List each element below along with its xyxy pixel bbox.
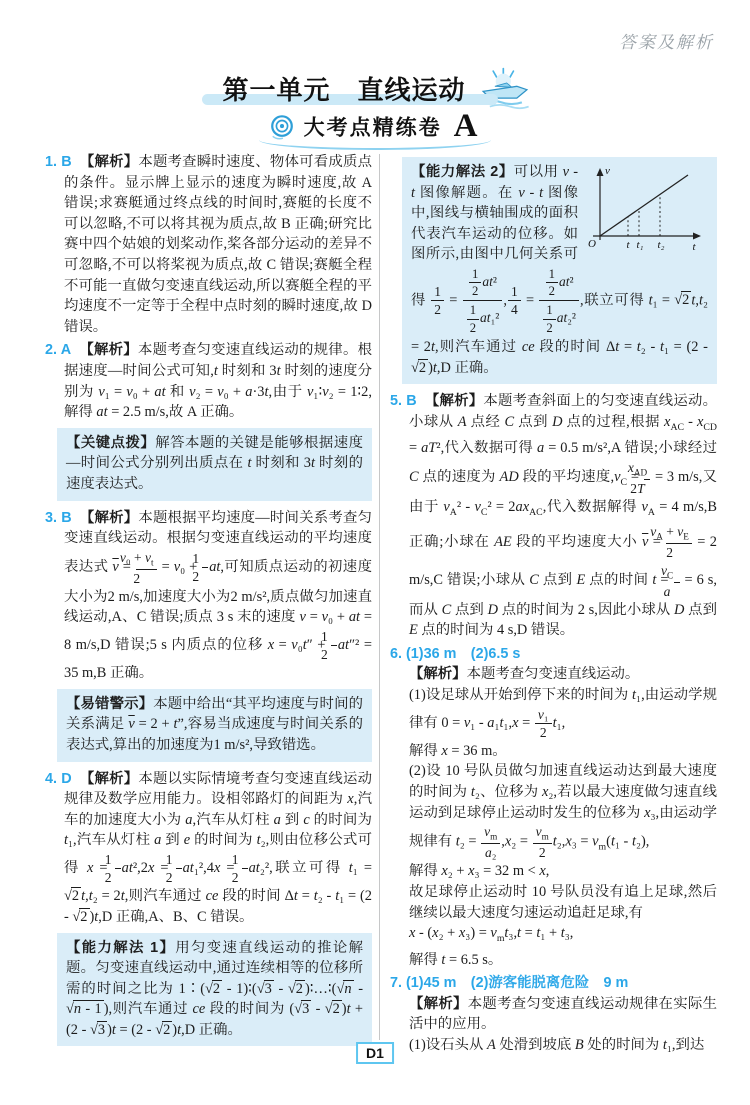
explanation-text: 【解析】本题考查匀变速直线运动的规律。根据速度—时间公式可知,t 时刻和 3t … (64, 342, 372, 420)
explanation-paragraph: 2. A【解析】本题考查匀变速直线运动的规律。根据速度—时间公式可知,t 时刻和… (64, 340, 372, 422)
explanation-text: 【解析】本题考查斜面上的匀变速直线运动。小球从 A 点经 C 点到 D 点的过程… (409, 393, 717, 638)
unit-title-row: 第一单元 直线运动 (0, 66, 750, 110)
graph-xlabel: t (692, 241, 696, 253)
answer-5: 5. B【解析】本题考查斜面上的匀变速直线运动。小球从 A 点经 C 点到 D … (390, 391, 717, 641)
explanation-text: 【解析】本题根据平均速度—时间关系考查匀变速直线运动。根据匀变速直线运动的平均速… (64, 510, 372, 682)
graph-ylabel: v (605, 165, 610, 177)
unit-title: 第一单元 直线运动 (218, 70, 469, 107)
explanation-paragraph: 4. D【解析】本题以实际情境考查匀变速直线运动规律及数学应用能力。设相邻路灯的… (64, 769, 372, 928)
answer-4: 4. D【解析】本题以实际情境考查匀变速直线运动规律及数学应用能力。设相邻路灯的… (45, 769, 372, 928)
explanation-text: 【解析】本题以实际情境考查匀变速直线运动规律及数学应用能力。设相邻路灯的间距为 … (64, 771, 372, 925)
explanation-paragraph: 解得 t = 6.5 s。 (409, 950, 717, 971)
explanation-paragraph: (2)设 10 号队员做匀加速直线运动达到最大速度的时间为 t₂、位移为 x₂,… (409, 761, 717, 861)
graph-tick-t1: t₁ (637, 239, 644, 251)
answer-3: 3. B【解析】本题根据平均速度—时间关系考查匀变速直线运动。根据匀变速直线运动… (45, 508, 372, 684)
graph-tick-t2: t₂ (658, 239, 665, 251)
corner-label: 答案及解析 (619, 28, 714, 53)
left-column: 1. B【解析】本题考查瞬时速度、物体可看成质点的条件。显示牌上显示的速度为瞬时… (45, 152, 372, 1059)
key-point-box: 【关键点拨】解答本题的关键是能够根据速度—时间公式分别列出质点在 t 时刻和 3… (57, 428, 372, 501)
explanation-paragraph: 5. B【解析】本题考查斜面上的匀变速直线运动。小球从 A 点经 C 点到 D … (409, 391, 717, 641)
answer-number: 7. (1)45 m (2)游客能脱离危险 9 m (390, 975, 628, 991)
answer-number: 3. B (45, 510, 72, 526)
ability-method-1-box: 【能力解法 1】用匀变速直线运动的推论解题。匀变速直线运动中,通过连续相等的位移… (57, 933, 372, 1047)
answer-1: 1. B【解析】本题考查瞬时速度、物体可看成质点的条件。显示牌上显示的速度为瞬时… (45, 152, 372, 337)
subtitle-underline-decoration (259, 140, 492, 150)
answer-line: 6. (1)36 m (2)6.5 s (409, 644, 717, 665)
note-paragraph: 【易错警示】本题中给出“其平均速度与时间的关系满足 v = 2 + t”,容易当… (66, 694, 363, 756)
right-column: vtOtt₁t₂【能力解法 2】可以用 v - t 图像解题。在 v - t 图… (390, 152, 717, 1059)
answer-number: 1. B (45, 154, 72, 170)
content-columns: 1. B【解析】本题考查瞬时速度、物体可看成质点的条件。显示牌上显示的速度为瞬时… (45, 152, 717, 1059)
answer-page: 答案及解析 第一单元 直线运动 (0, 0, 750, 1105)
v-t-graph: vtOtt₁t₂ (584, 162, 708, 260)
explanation-paragraph: 1. B【解析】本题考查瞬时速度、物体可看成质点的条件。显示牌上显示的速度为瞬时… (64, 152, 372, 337)
exam-subtitle-row: 大考点精练卷 A (0, 106, 750, 150)
unit-title-text: 第一单元 直线运动 (222, 75, 465, 105)
note-paragraph: 【能力解法 1】用匀变速直线运动的推论解题。匀变速直线运动中,通过连续相等的位移… (66, 938, 363, 1041)
exam-grade-letter: A (454, 108, 478, 144)
graph-tick-t: t (626, 239, 630, 251)
explanation-text: 【解析】本题考查瞬时速度、物体可看成质点的条件。显示牌上显示的速度为瞬时速度,故… (64, 154, 372, 335)
answer-line: 7. (1)45 m (2)游客能脱离危险 9 m (409, 973, 717, 994)
ability-method-2-box: vtOtt₁t₂【能力解法 2】可以用 v - t 图像解题。在 v - t 图… (402, 157, 717, 384)
explanation-paragraph: x - (x₂ + x₃) = vmt₃,t = t₁ + t₃, (409, 923, 717, 949)
page-number-badge: D1 (356, 1042, 394, 1064)
explanation-paragraph: 解得 x = 36 m。 (409, 741, 717, 762)
answer-number: 4. D (45, 771, 72, 787)
target-rings-icon (269, 114, 295, 140)
answer-7: 7. (1)45 m (2)游客能脱离危险 9 m【解析】本题考查匀变速直线运动… (390, 973, 717, 1055)
explanation-paragraph: 【解析】本题考查匀变速直线运动。 (409, 664, 717, 685)
explanation-paragraph: (1)设足球从开始到停下来的时间为 t₁,由运动学规律有 0 = v₁ - a₁… (409, 685, 717, 741)
explanation-paragraph: 3. B【解析】本题根据平均速度—时间关系考查匀变速直线运动。根据匀变速直线运动… (64, 508, 372, 684)
answer-number: 2. A (45, 342, 71, 358)
answer-number: 5. B (390, 393, 417, 409)
explanation-paragraph: 【解析】本题考查匀变速直线运动规律在实际生活中的应用。 (409, 994, 717, 1035)
graph-origin-label: O (588, 238, 596, 250)
answer-6: 6. (1)36 m (2)6.5 s【解析】本题考查匀变速直线运动。(1)设足… (390, 644, 717, 970)
answer-number: 6. (1)36 m (2)6.5 s (390, 646, 520, 662)
error-warning-box: 【易错警示】本题中给出“其平均速度与时间的关系满足 v = 2 + t”,容易当… (57, 689, 372, 762)
explanation-paragraph: 解得 x₂ + x₃ = 32 m < x, (409, 861, 717, 882)
explanation-paragraph: 故足球停止运动时 10 号队员没有追上足球,然后继续以最大速度匀速运动追赶足球,… (409, 882, 717, 923)
exam-title: 大考点精练卷 (304, 117, 442, 140)
explanation-paragraph: (1)设石头从 A 处滑到坡底 B 处的时间为 t₁,到达 (409, 1035, 717, 1056)
answer-2: 2. A【解析】本题考查匀变速直线运动的规律。根据速度—时间公式可知,t 时刻和… (45, 340, 372, 422)
note-paragraph: 【关键点拨】解答本题的关键是能够根据速度—时间公式分别列出质点在 t 时刻和 3… (66, 433, 363, 495)
